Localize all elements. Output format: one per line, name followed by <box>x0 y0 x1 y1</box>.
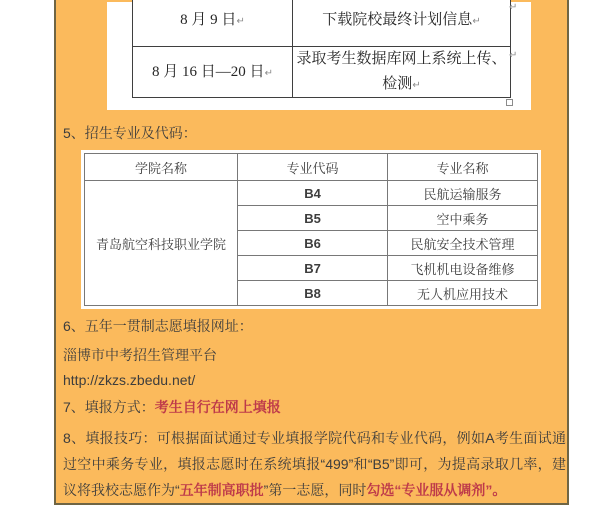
majors-row: 青岛航空科技职业学院 B4 民航运输服务 <box>85 181 538 206</box>
page: 8 月 9 日↵ 下载院校最终计划信息↵ 8 月 16 日—20 日↵ 录取考生… <box>0 0 600 521</box>
schedule-date-cell: 8 月 9 日↵ <box>133 0 293 47</box>
schedule-date: 8 月 9 日 <box>180 12 236 28</box>
paragraph-mark-icon: ↵ <box>412 80 420 91</box>
major-code: B7 <box>238 256 388 281</box>
section5-heading: 5、招生专业及代码： <box>63 124 197 142</box>
major-code: B5 <box>238 206 388 231</box>
section7-value: 考生自行在网上填报 <box>155 399 281 415</box>
schedule-table: 8 月 9 日↵ 下载院校最终计划信息↵ 8 月 16 日—20 日↵ 录取考生… <box>132 0 511 98</box>
college-name-cell: 青岛航空科技职业学院 <box>85 181 238 306</box>
schedule-date: 8 月 16 日—20 日 <box>152 64 265 80</box>
header-code: 专业代码 <box>238 154 388 181</box>
majors-table: 学院名称 专业代码 专业名称 青岛航空科技职业学院 B4 民航运输服务 B5 空… <box>84 153 538 306</box>
section6-heading: 6、五年一贯制志愿填报网址： <box>63 317 253 335</box>
application-url: http://zkzs.zbedu.net/ <box>63 371 195 389</box>
header-college: 学院名称 <box>85 154 238 181</box>
major-code: B8 <box>238 281 388 306</box>
section7-heading: 7、填报方式： <box>63 399 155 415</box>
paragraph-mark-icon: ↵ <box>265 68 273 79</box>
section8-text: ”第一志愿，同时 <box>264 482 367 498</box>
schedule-date-cell: 8 月 16 日—20 日↵ <box>133 47 293 98</box>
schedule-task-cell: 录取考生数据库网上系统上传、检测↵ <box>293 47 511 98</box>
table-resize-handle[interactable] <box>506 99 513 106</box>
section8-highlight: 勾选“专业服从调剂”。 <box>366 482 506 498</box>
major-name: 民航运输服务 <box>388 181 538 206</box>
major-name: 民航安全技术管理 <box>388 231 538 256</box>
schedule-clip: 8 月 9 日↵ 下载院校最终计划信息↵ 8 月 16 日—20 日↵ 录取考生… <box>107 2 531 110</box>
schedule-row: 8 月 9 日↵ 下载院校最终计划信息↵ <box>133 0 511 47</box>
schedule-row: 8 月 16 日—20 日↵ 录取考生数据库网上系统上传、检测↵ <box>133 47 511 98</box>
major-code: B6 <box>238 231 388 256</box>
platform-name: 淄博市中考招生管理平台 <box>63 346 217 364</box>
paragraph-mark-icon: ↵ <box>472 16 480 27</box>
major-name: 空中乘务 <box>388 206 538 231</box>
schedule-task: 录取考生数据库网上系统上传、检测 <box>296 51 506 92</box>
schedule-task: 下载院校最终计划信息 <box>322 12 472 28</box>
paragraph-mark-icon: ↵ <box>236 16 244 27</box>
paragraph-mark-icon: ↵ <box>509 51 517 61</box>
major-code: B4 <box>238 181 388 206</box>
section8-paragraph: 8、填报技巧：可根据面试通过专业填报学院代码和专业代码，例如A考生面试通过空中乘… <box>63 425 566 503</box>
section8-highlight: 五年制高职批 <box>180 482 264 498</box>
schedule-task-cell: 下载院校最终计划信息↵ <box>293 0 511 47</box>
section7-line: 7、填报方式：考生自行在网上填报 <box>63 398 281 416</box>
header-name: 专业名称 <box>388 154 538 181</box>
major-name: 无人机应用技术 <box>388 281 538 306</box>
paragraph-mark-icon: ↵ <box>509 3 517 13</box>
major-name: 飞机机电设备维修 <box>388 256 538 281</box>
majors-header-row: 学院名称 专业代码 专业名称 <box>85 154 538 181</box>
